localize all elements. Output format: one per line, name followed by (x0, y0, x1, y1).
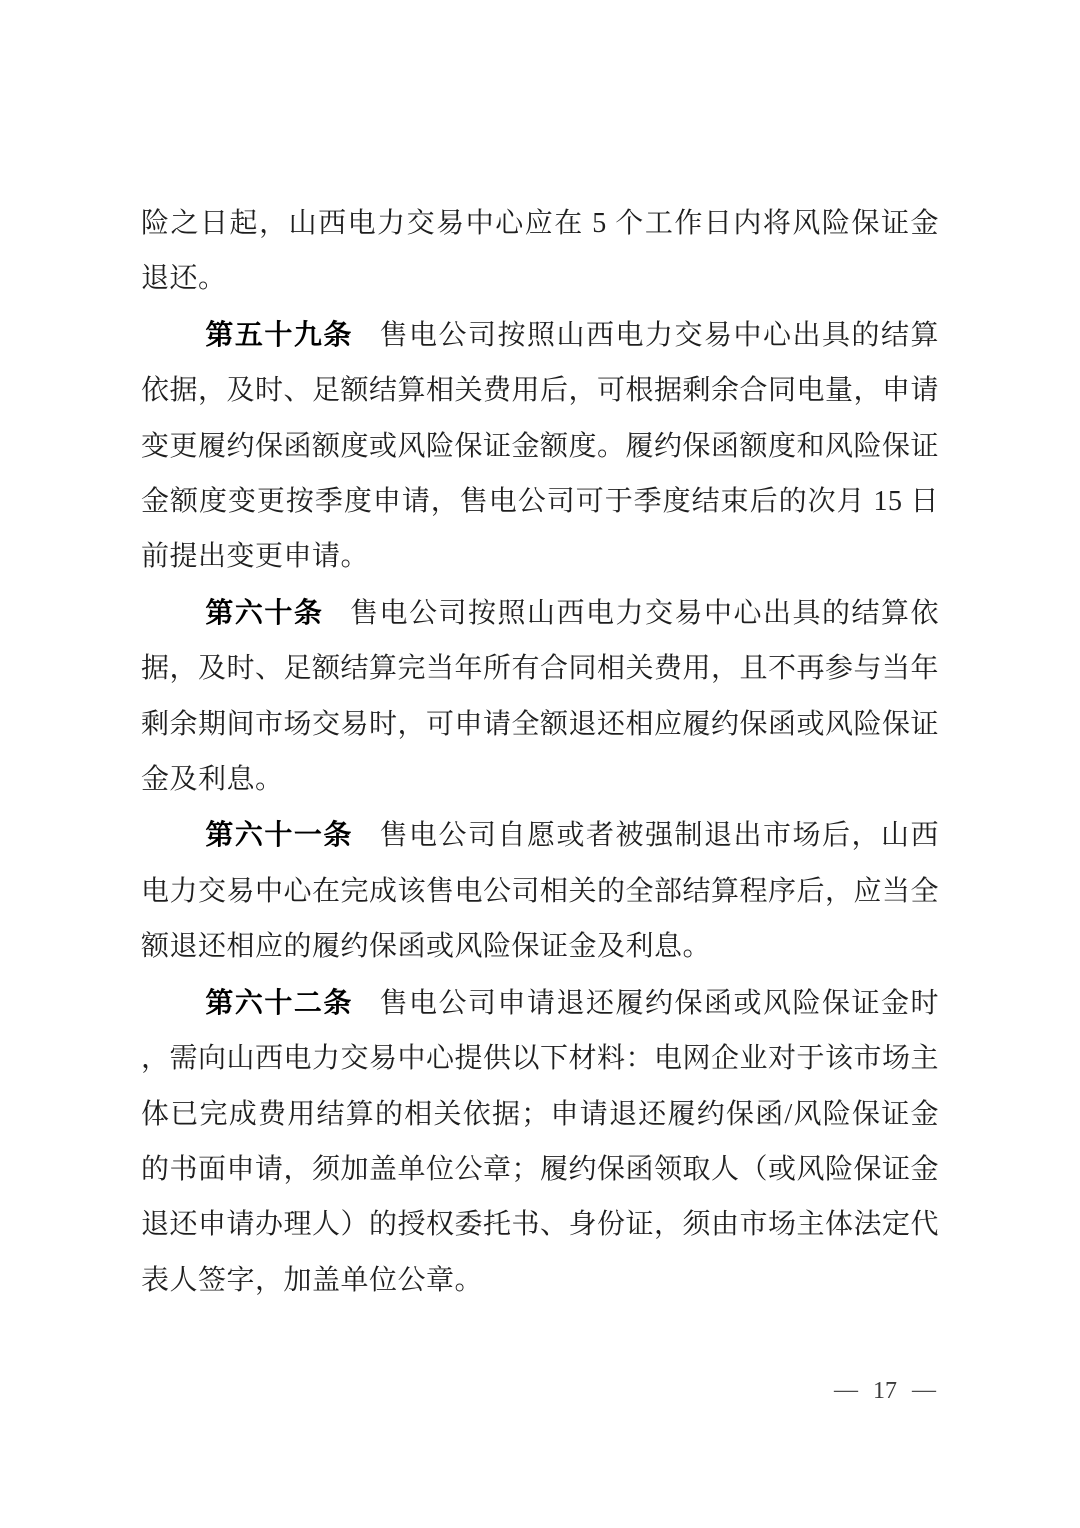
paragraph-article-60: 第六十条售电公司按照山西电力交易中心出具的结算依据，及时、足额结算完当年所有合同… (141, 585, 939, 808)
article-number: 第五十九条 (205, 319, 353, 350)
document-page: 险之日起，山西电力交易中心应在 5 个工作日内将风险保证金退还。 第五十九条售电… (0, 0, 1080, 1528)
paragraph-text: 险之日起，山西电力交易中心应在 5 个工作日内将风险保证金退还。 (141, 208, 939, 294)
paragraph-article-61: 第六十一条售电公司自愿或者被强制退出市场后，山西电力交易中心在完成该售电公司相关… (141, 807, 939, 974)
page-number: 17 (873, 1378, 897, 1405)
footer-dash-left: — (834, 1377, 858, 1404)
paragraph-article-59: 第五十九条售电公司按照山西电力交易中心出具的结算依据，及时、足额结算相关费用后，… (141, 307, 939, 585)
paragraph-text: 售电公司按照山西电力交易中心出具的结算依据，及时、足额结算相关费用后，可根据剩余… (141, 320, 939, 573)
article-number: 第六十一条 (205, 819, 353, 850)
footer-dash-right: — (912, 1377, 936, 1404)
paragraph-text: 售电公司申请退还履约保函或风险保证金时，需向山西电力交易中心提供以下材料：电网企… (141, 988, 939, 1296)
paragraph-article-62: 第六十二条售电公司申请退还履约保函或风险保证金时，需向山西电力交易中心提供以下材… (141, 975, 939, 1308)
page-footer: — 17 — (834, 1378, 936, 1405)
article-number: 第六十二条 (205, 987, 353, 1018)
article-number: 第六十条 (205, 597, 323, 628)
document-body: 险之日起，山西电力交易中心应在 5 个工作日内将风险保证金退还。 第五十九条售电… (141, 196, 939, 1308)
paragraph-continuation: 险之日起，山西电力交易中心应在 5 个工作日内将风险保证金退还。 (141, 196, 939, 307)
